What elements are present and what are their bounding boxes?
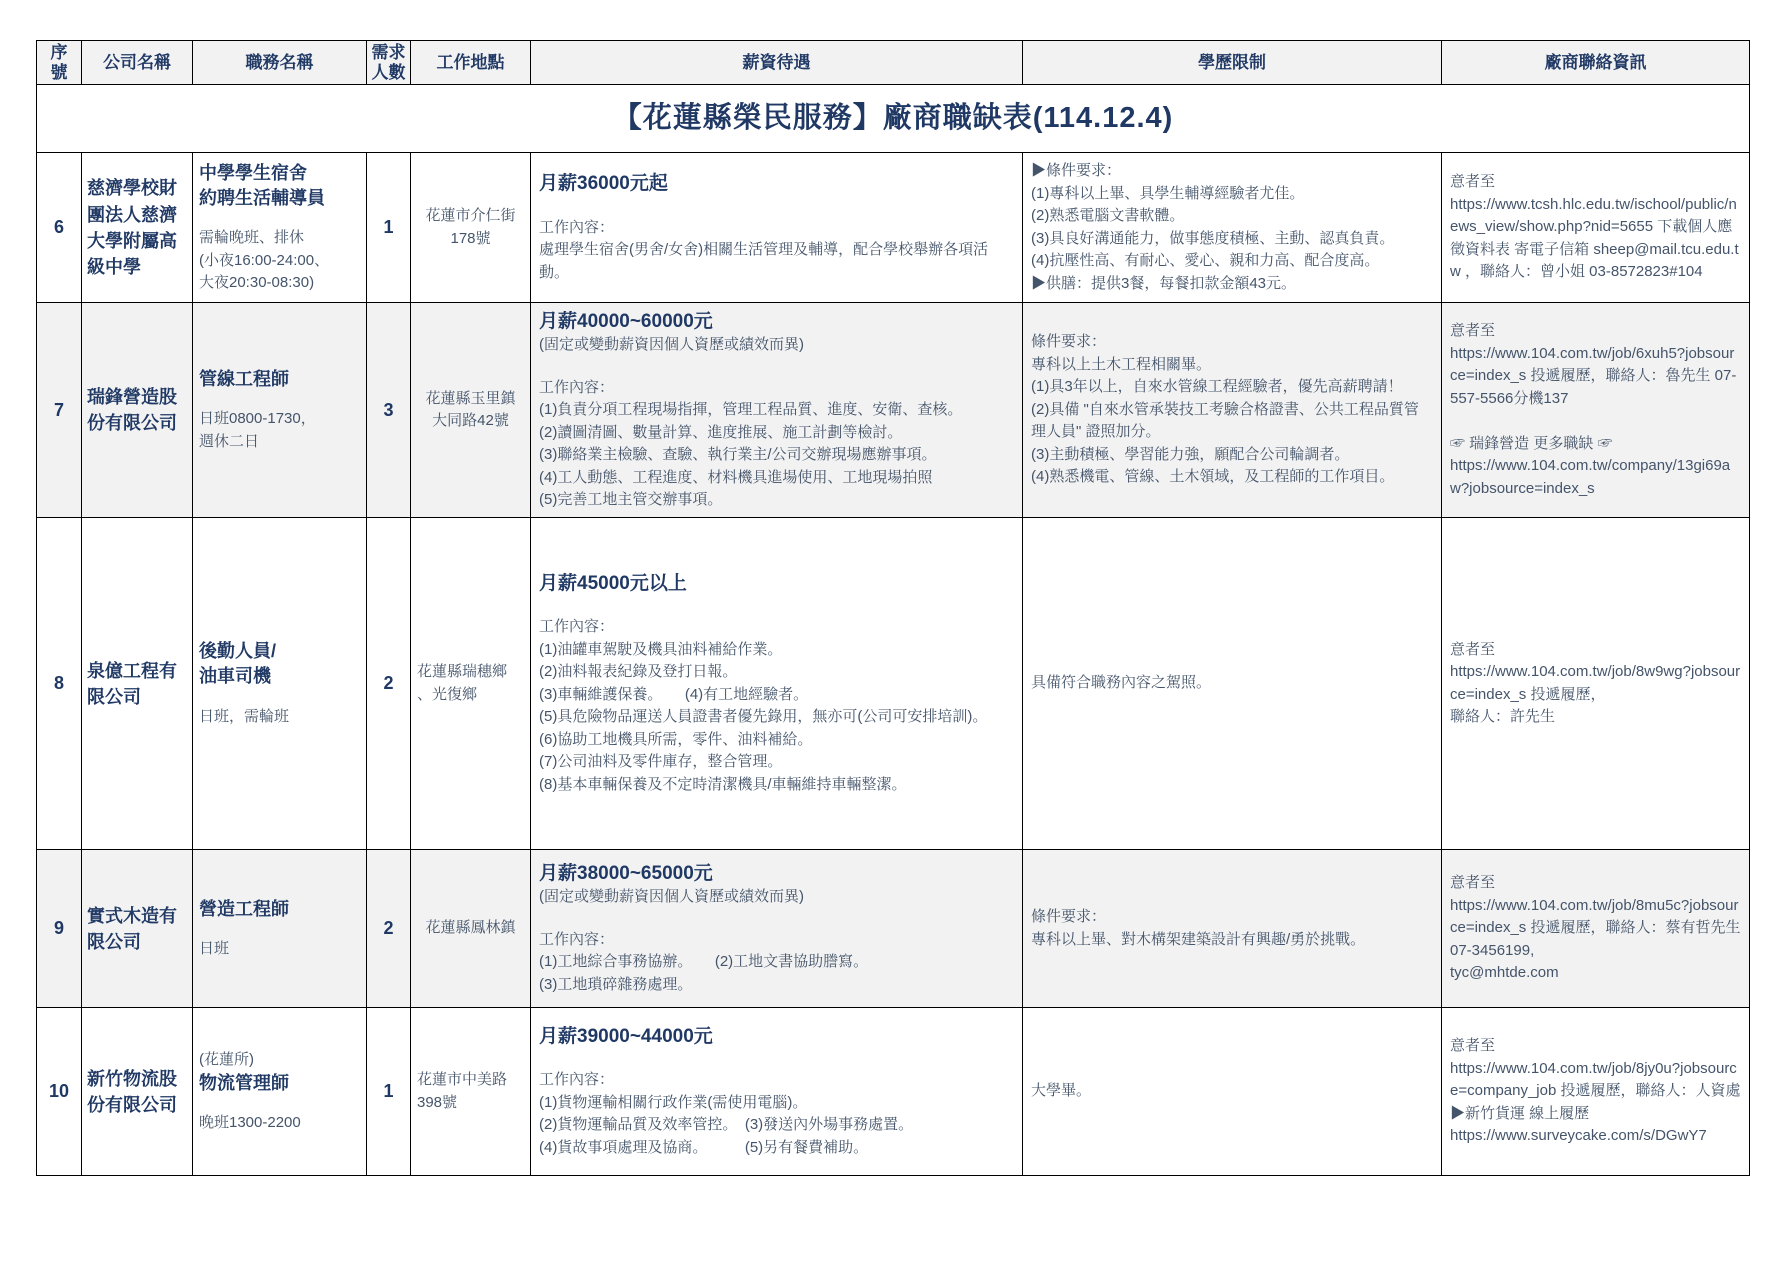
- education-cell: 大學畢。: [1023, 1008, 1442, 1176]
- job-note: 需輪晚班、排休 (小夜16:00-24:00、 大夜20:30-08:30): [199, 227, 360, 295]
- col-header-job-title: 職務名稱: [193, 41, 367, 85]
- contact-cell: 意者至 https://www.104.com.tw/job/8w9wg?job…: [1442, 518, 1750, 850]
- job-cell: 中學學生宿舍 約聘生活輔導員 需輪晚班、排休 (小夜16:00-24:00、 大…: [193, 153, 367, 303]
- job-branch: (花蓮所): [199, 1049, 360, 1072]
- job-description: 工作內容： (1)工地綜合事務協辦。 (2)工地文書協助謄寫。 (3)工地瑣碎雜…: [539, 929, 1014, 997]
- contact-cell: 意者至 https://www.104.com.tw/job/8mu5c?job…: [1442, 850, 1750, 1008]
- company-cell: 泉億工程有限公司: [82, 518, 193, 850]
- page-title: 【花蓮縣榮民服務】廠商職缺表(114.12.4): [37, 85, 1750, 153]
- company-cell: 瑞鋒營造股份有限公司: [82, 303, 193, 518]
- job-cell: 營造工程師 日班: [193, 850, 367, 1008]
- job-description: 工作內容： (1)貨物運輸相關行政作業(需使用電腦)。 (2)貨物運輸品質及效率…: [539, 1069, 1014, 1159]
- col-header-company: 公司名稱: [82, 41, 193, 85]
- education-cell: 具備符合職務內容之駕照。: [1023, 518, 1442, 850]
- page: { "title": "【花蓮縣榮民服務】廠商職缺表(114.12.4)", "…: [0, 0, 1785, 1262]
- salary-note: (固定或變動薪資因個人資歷或績效而異): [539, 334, 1014, 357]
- job-title: 中學學生宿舍 約聘生活輔導員: [199, 161, 360, 211]
- location-cell: 花蓮市介仁街 178號: [411, 153, 531, 303]
- job-title: 營造工程師: [199, 897, 360, 922]
- contact-cell: 意者至 https://www.104.com.tw/job/8jy0u?job…: [1442, 1008, 1750, 1176]
- job-cell: (花蓮所) 物流管理師 晚班1300-2200: [193, 1008, 367, 1176]
- col-header-contact: 廠商聯絡資訊: [1442, 41, 1750, 85]
- table-row: 8 泉億工程有限公司 後勤人員/ 油車司機 日班，需輪班 2 花蓮縣瑞穗鄉 、光…: [37, 518, 1750, 850]
- education-cell: 條件要求： 專科以上畢、對木構架建築設計有興趣/勇於挑戰。: [1023, 850, 1442, 1008]
- headcount-cell: 2: [367, 518, 411, 850]
- table-row: 10 新竹物流股份有限公司 (花蓮所) 物流管理師 晚班1300-2200 1 …: [37, 1008, 1750, 1176]
- headcount-cell: 1: [367, 153, 411, 303]
- table-row: 6 慈濟學校財團法人慈濟大學附屬高級中學 中學學生宿舍 約聘生活輔導員 需輪晚班…: [37, 153, 1750, 303]
- location-cell: 花蓮縣玉里鎮 大同路42號: [411, 303, 531, 518]
- table-row: 7 瑞鋒營造股份有限公司 管線工程師 日班0800-1730， 週休二日 3 花…: [37, 303, 1750, 518]
- contact-cell: 意者至 https://www.tcsh.hlc.edu.tw/ischool/…: [1442, 153, 1750, 303]
- location-cell: 花蓮縣瑞穗鄉 、光復鄉: [411, 518, 531, 850]
- col-header-location: 工作地點: [411, 41, 531, 85]
- serial-cell: 7: [37, 303, 82, 518]
- company-cell: 實式木造有限公司: [82, 850, 193, 1008]
- serial-cell: 8: [37, 518, 82, 850]
- job-note: 日班0800-1730， 週休二日: [199, 408, 360, 453]
- headcount-cell: 2: [367, 850, 411, 1008]
- title-row: 【花蓮縣榮民服務】廠商職缺表(114.12.4): [37, 85, 1750, 153]
- col-header-education: 學歷限制: [1023, 41, 1442, 85]
- serial-cell: 6: [37, 153, 82, 303]
- job-note: 日班，需輪班: [199, 706, 360, 729]
- table-body: 6 慈濟學校財團法人慈濟大學附屬高級中學 中學學生宿舍 約聘生活輔導員 需輪晚班…: [37, 153, 1750, 1176]
- job-vacancy-sheet: 【花蓮縣榮民服務】廠商職缺表(114.12.4) 序 號 公司名稱 職務名稱 需…: [36, 40, 1751, 1176]
- job-description: 工作內容： (1)負責分項工程現場指揮，管理工程品質、進度、安衛、查核。 (2)…: [539, 377, 1014, 512]
- salary-cell: 月薪40000~60000元 (固定或變動薪資因個人資歷或績效而異) 工作內容：…: [531, 303, 1023, 518]
- company-cell: 新竹物流股份有限公司: [82, 1008, 193, 1176]
- col-header-salary: 薪資待遇: [531, 41, 1023, 85]
- salary-amount: 月薪36000元起: [539, 171, 1014, 197]
- salary-cell: 月薪45000元以上 工作內容： (1)油罐車駕駛及機具油料補給作業。 (2)油…: [531, 518, 1023, 850]
- serial-cell: 10: [37, 1008, 82, 1176]
- education-cell: ▶條件要求： (1)專科以上畢、具學生輔導經驗者尤佳。 (2)熟悉電腦文書軟體。…: [1023, 153, 1442, 303]
- job-note: 晚班1300-2200: [199, 1112, 360, 1135]
- location-cell: 花蓮市中美路 398號: [411, 1008, 531, 1176]
- serial-cell: 9: [37, 850, 82, 1008]
- job-table: 【花蓮縣榮民服務】廠商職缺表(114.12.4) 序 號 公司名稱 職務名稱 需…: [36, 40, 1750, 1176]
- salary-amount: 月薪40000~60000元: [539, 309, 1014, 335]
- salary-note: (固定或變動薪資因個人資歷或績效而異): [539, 886, 1014, 909]
- job-description: 工作內容： (1)油罐車駕駛及機具油料補給作業。 (2)油料報表紀錄及登打日報。…: [539, 616, 1014, 796]
- headcount-cell: 1: [367, 1008, 411, 1176]
- col-header-headcount: 需求 人數: [367, 41, 411, 85]
- job-cell: 管線工程師 日班0800-1730， 週休二日: [193, 303, 367, 518]
- salary-cell: 月薪36000元起 工作內容： 處理學生宿舍(男舍/女舍)相關生活管理及輔導，配…: [531, 153, 1023, 303]
- salary-cell: 月薪38000~65000元 (固定或變動薪資因個人資歷或績效而異) 工作內容：…: [531, 850, 1023, 1008]
- col-header-serial: 序 號: [37, 41, 82, 85]
- job-cell: 後勤人員/ 油車司機 日班，需輪班: [193, 518, 367, 850]
- header-row: 序 號 公司名稱 職務名稱 需求 人數 工作地點 薪資待遇 學歷限制 廠商聯絡資…: [37, 41, 1750, 85]
- table-row: 9 實式木造有限公司 營造工程師 日班 2 花蓮縣鳳林鎮 月薪38000~650…: [37, 850, 1750, 1008]
- education-cell: 條件要求： 專科以上土木工程相關畢。 (1)具3年以上，自來水管線工程經驗者，優…: [1023, 303, 1442, 518]
- salary-amount: 月薪39000~44000元: [539, 1024, 1014, 1050]
- salary-amount: 月薪45000元以上: [539, 571, 1014, 597]
- location-cell: 花蓮縣鳳林鎮: [411, 850, 531, 1008]
- job-title: 物流管理師: [199, 1071, 360, 1096]
- contact-cell: 意者至 https://www.104.com.tw/job/6xuh5?job…: [1442, 303, 1750, 518]
- company-cell: 慈濟學校財團法人慈濟大學附屬高級中學: [82, 153, 193, 303]
- salary-amount: 月薪38000~65000元: [539, 861, 1014, 887]
- job-title: 管線工程師: [199, 367, 360, 392]
- salary-cell: 月薪39000~44000元 工作內容： (1)貨物運輸相關行政作業(需使用電腦…: [531, 1008, 1023, 1176]
- job-description: 工作內容： 處理學生宿舍(男舍/女舍)相關生活管理及輔導，配合學校舉辦各項活動。: [539, 217, 1014, 285]
- job-title: 後勤人員/ 油車司機: [199, 639, 360, 689]
- job-note: 日班: [199, 938, 360, 961]
- headcount-cell: 3: [367, 303, 411, 518]
- table-header: 序 號 公司名稱 職務名稱 需求 人數 工作地點 薪資待遇 學歷限制 廠商聯絡資…: [37, 41, 1750, 85]
